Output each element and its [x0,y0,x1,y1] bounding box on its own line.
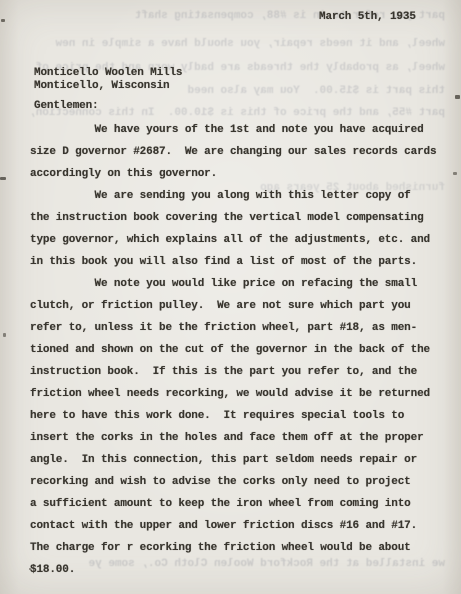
scan-artifact [1,19,5,22]
scan-artifact [0,177,6,180]
body-line: instruction book. If this is the part yo… [30,361,447,383]
body-line: recorking and wish to advise the corks o… [30,471,447,493]
body-line: We note you would like price on refacing… [30,273,447,295]
body-line: The charge for r ecorking the friction w… [30,537,447,559]
letter-body: We have yours of the 1st and note you ha… [30,119,447,581]
body-line: insert the corks in the holes and face t… [30,427,447,449]
body-line: type governor, which explains all of the… [30,229,447,251]
scan-artifact [455,95,460,99]
body-line: the instruction book covering the vertic… [30,207,447,229]
body-line: We are sending you along with this lette… [30,185,447,207]
scanned-letter-page: part you refer to in is #88, compensatin… [0,0,461,594]
bleed-through-text: wheel, and it needs repair, you should h… [30,38,445,50]
body-line: $18.00. [30,559,447,581]
scan-artifact [453,172,457,175]
body-line: clutch, or friction pulley. We are not s… [30,295,447,317]
letter-date: March 5th, 1935 [319,11,416,23]
recipient-name: Monticello Woolen Mills [34,67,182,80]
body-line: tioned and shown on the cut of the gover… [30,339,447,361]
scan-artifact [29,568,31,570]
body-line: here to have this work done. It requires… [30,405,447,427]
body-line: We have yours of the 1st and note you ha… [30,119,447,141]
body-line: accordingly on this governor. [30,163,447,185]
body-line: angle. In this connection, this part sel… [30,449,447,471]
body-line: a sufficient amount to keep the iron whe… [30,493,447,515]
recipient-city: Monticello, Wisconsin [34,80,182,93]
salutation: Gentlemen: [34,100,99,112]
body-line: contact with the upper and lower frictio… [30,515,447,537]
body-line: friction wheel needs recorking, we would… [30,383,447,405]
recipient-address-block: Monticello Woolen Mills Monticello, Wisc… [34,67,182,92]
body-line: in this book you will also find a list o… [30,251,447,273]
scan-artifact [3,333,6,337]
body-line: size D governor #2687. We are changing o… [30,141,447,163]
body-line: refer to, unless it be the friction whee… [30,317,447,339]
